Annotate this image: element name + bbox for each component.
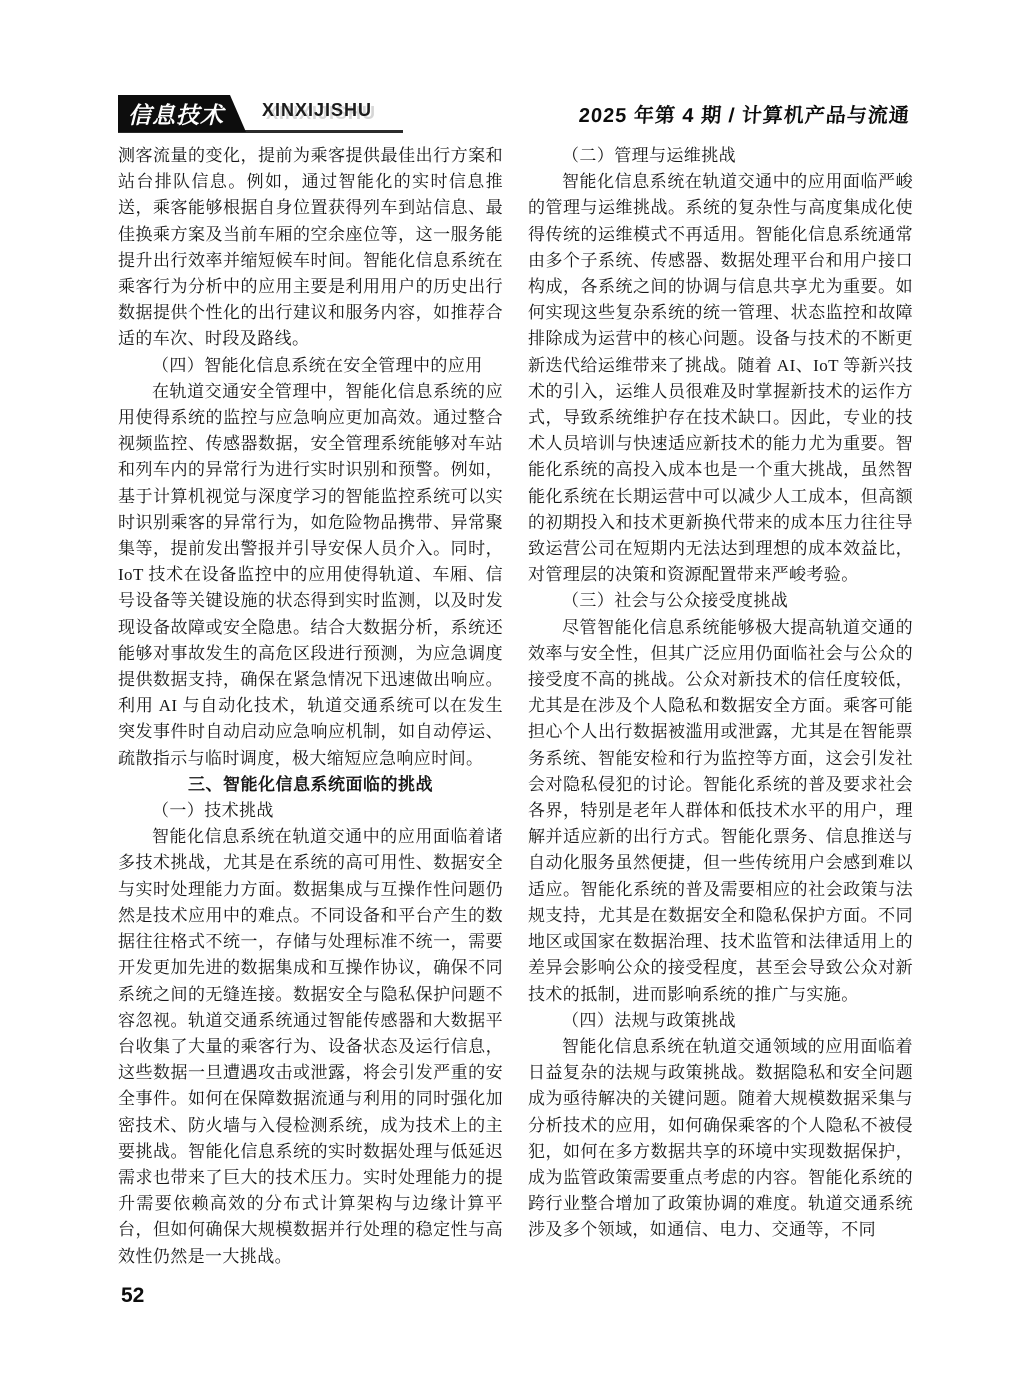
journal-name-cn: 信息技术 xyxy=(128,97,224,130)
paragraph-safety-management: 在轨道交通安全管理中，智能化信息系统的应用使得系统的监控与应急响应更加高效。通过… xyxy=(118,379,503,772)
heading-section-4-policy-challenges: （四）法规与政策挑战 xyxy=(528,1008,913,1034)
heading-chapter-3-challenges: 三、智能化信息系统面临的挑战 xyxy=(118,772,503,798)
paragraph-technical-challenges: 智能化信息系统在轨道交通中的应用面临着诸多技术挑战，尤其是在系统的高可用性、数据… xyxy=(118,824,503,1269)
left-column: 测客流量的变化，提前为乘客提供最佳出行方案和站台排队信息。例如，通过智能化的实时… xyxy=(118,143,503,1270)
heading-section-4-safety-management: （四）智能化信息系统在安全管理中的应用 xyxy=(118,353,503,379)
heading-section-3-public-acceptance-challenges: （三）社会与公众接受度挑战 xyxy=(528,588,913,614)
page: 信息技术 XINXIJISHU 2025 年第 4 期 / 计算机产品与流通 测… xyxy=(0,0,1020,1375)
issue-info: 2025 年第 4 期 / 计算机产品与流通 xyxy=(578,99,911,128)
heading-section-2-management-ops-challenges: （二）管理与运维挑战 xyxy=(528,143,913,169)
right-column: （二）管理与运维挑战 智能化信息系统在轨道交通中的应用面临严峻的管理与运维挑战。… xyxy=(528,143,913,1244)
page-number: 52 xyxy=(121,1284,144,1308)
journal-name-pinyin: XINXIJISHU xyxy=(262,100,372,121)
journal-banner: 信息技术 xyxy=(118,95,246,132)
paragraph-management-ops-challenges: 智能化信息系统在轨道交通中的应用面临严峻的管理与运维挑战。系统的复杂性与高度集成… xyxy=(528,169,913,588)
paragraph-passenger-flow-continuation: 测客流量的变化，提前为乘客提供最佳出行方案和站台排队信息。例如，通过智能化的实时… xyxy=(118,143,503,353)
paragraph-public-acceptance-challenges: 尽管智能化信息系统能够极大提高轨道交通的效率与安全性，但其广泛应用仍面临社会与公… xyxy=(528,615,913,1008)
heading-section-1-technical-challenges: （一）技术挑战 xyxy=(118,798,503,824)
paragraph-policy-challenges: 智能化信息系统在轨道交通领域的应用面临着日益复杂的法规与政策挑战。数据隐私和安全… xyxy=(528,1034,913,1244)
